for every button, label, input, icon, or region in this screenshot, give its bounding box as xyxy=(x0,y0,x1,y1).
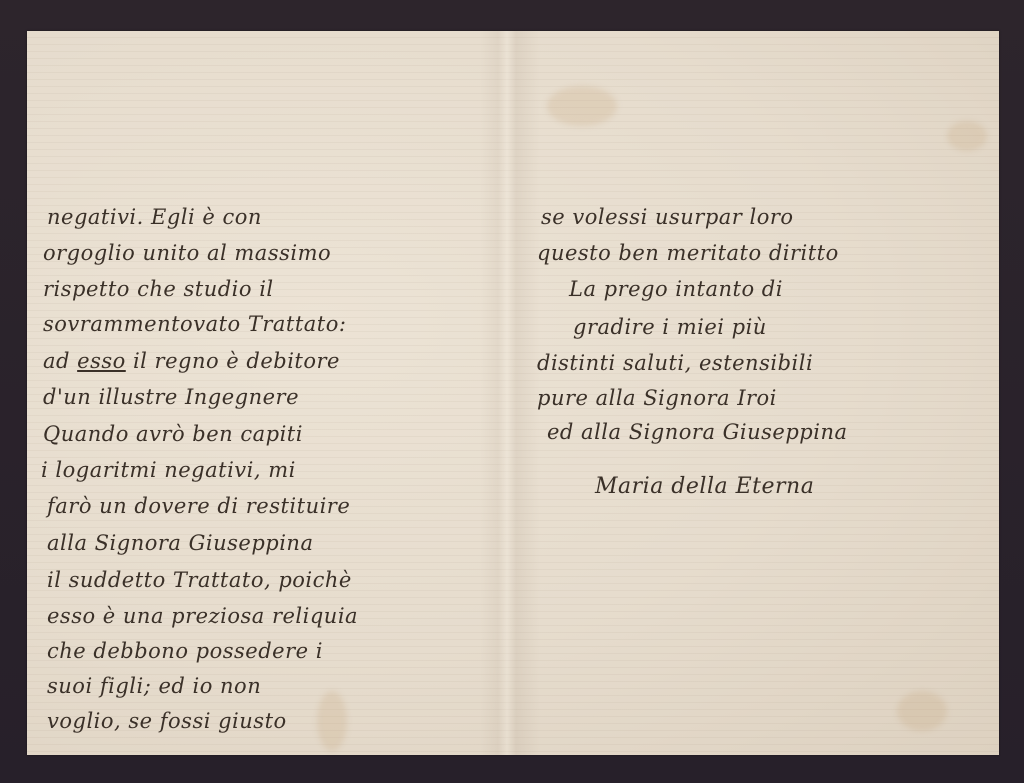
text-line: il suddetto Trattato, poichè xyxy=(47,570,352,592)
text-line: Quando avrò ben capiti xyxy=(43,424,303,446)
text-line: alla Signora Giuseppina xyxy=(47,533,313,555)
text-line: esso è una preziosa reliquia xyxy=(47,606,358,628)
text-line: negativi. Egli è con xyxy=(47,207,262,229)
right-page: se volessi usurpar loro questo ben merit… xyxy=(527,31,999,755)
text-line: che debbono possedere i xyxy=(47,641,323,663)
signature: Maria della Eterna xyxy=(595,476,814,499)
text-line: gradire i miei più xyxy=(573,317,767,339)
text-line: orgoglio unito al massimo xyxy=(43,243,331,265)
text-line: distinti saluti, estensibili xyxy=(537,353,813,375)
text-line: d'un illustre Ingegnere xyxy=(43,387,299,409)
text-line: pure alla Signora Iroi xyxy=(537,388,777,410)
text-line: i logaritmi negativi, mi xyxy=(41,460,296,482)
text-line: questo ben meritato diritto xyxy=(537,243,839,265)
text-line: farò un dovere di restituire xyxy=(47,496,350,518)
text-fragment: ad xyxy=(43,349,77,373)
text-line: ad esso il regno è debitore xyxy=(43,351,340,373)
text-line: ed alla Signora Giuseppina xyxy=(547,422,848,444)
text-line: se volessi usurpar loro xyxy=(541,207,794,229)
text-line: rispetto che studio il xyxy=(43,279,274,301)
text-line: suoi figli; ed io non xyxy=(47,676,261,698)
text-line: voglio, se fossi giusto xyxy=(47,711,287,733)
text-fragment: il regno è debitore xyxy=(126,349,340,373)
left-page: negativi. Egli è con orgoglio unito al m… xyxy=(27,31,497,755)
letter-sheet: negativi. Egli è con orgoglio unito al m… xyxy=(27,31,999,755)
underlined-word: esso xyxy=(77,349,126,373)
text-line: sovrammentovato Trattato: xyxy=(43,314,346,336)
text-line: La prego intanto di xyxy=(569,279,783,301)
